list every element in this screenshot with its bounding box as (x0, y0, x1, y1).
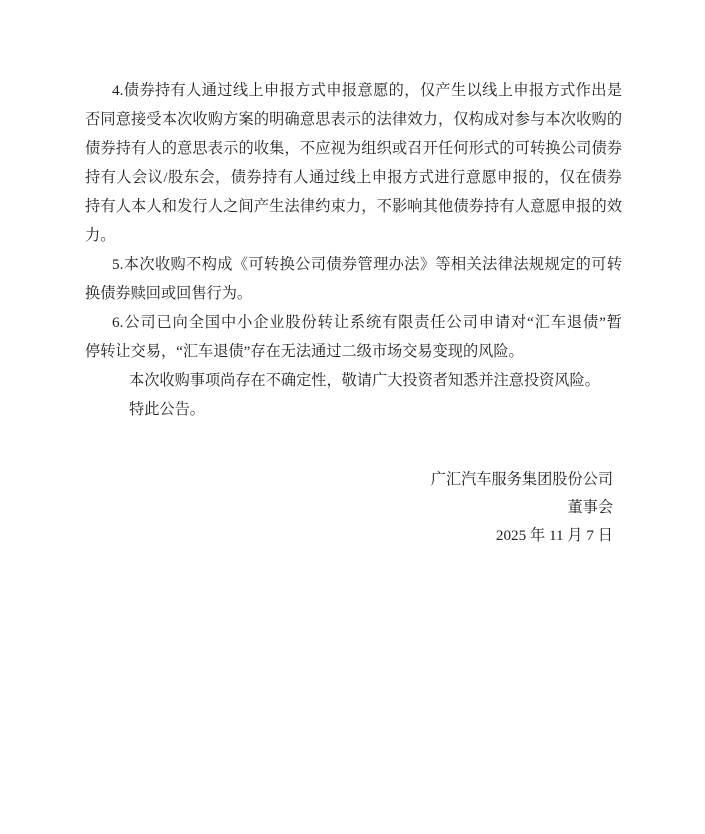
paragraph-line: 否同意接受本次收购方案的明确意思表示的法律效力，仅构成对参与本次收购的 (85, 105, 622, 134)
paragraph-line: 债券持有人的意思表示的收集，不应视为组织或召开任何形式的可转换公司债券 (85, 134, 622, 163)
paragraph-line: 持有人会议/股东会，债券持有人通过线上申报方式进行意愿申报的，仅在债券 (85, 163, 622, 192)
signature-block: 广汇汽车服务集团股份公司 董事会 2025 年 11 月 7 日 (85, 466, 613, 550)
paragraph-line: 4.债券持有人通过线上申报方式申报意愿的，仅产生以线上申报方式作出是 (85, 76, 622, 105)
signature-company: 广汇汽车服务集团股份公司 (85, 466, 613, 494)
paragraph-line: 特此公告。 (85, 395, 622, 424)
paragraph-line: 换债券赎回或回售行为。 (85, 279, 622, 308)
paragraph-line: 5.本次收购不构成《可转换公司债券管理办法》等相关法律法规规定的可转 (85, 250, 622, 279)
paragraph-line: 本次收购事项尚存在不确定性，敬请广大投资者知悉并注意投资风险。 (85, 366, 622, 395)
paragraph-line: 力。 (85, 221, 622, 250)
announcement-body: 4.债券持有人通过线上申报方式申报意愿的，仅产生以线上申报方式作出是 否同意接受… (85, 76, 622, 424)
paragraph-line: 停转让交易，“汇车退债”存在无法通过二级市场交易变现的风险。 (85, 337, 622, 366)
document-page: 4.债券持有人通过线上申报方式申报意愿的，仅产生以线上申报方式作出是 否同意接受… (0, 0, 705, 834)
signature-signer: 董事会 (85, 494, 613, 522)
paragraph-line: 6.公司已向全国中小企业股份转让系统有限责任公司申请对“汇车退债”暂 (85, 308, 622, 337)
paragraph-line: 持有人本人和发行人之间产生法律约束力，不影响其他债券持有人意愿申报的效 (85, 192, 622, 221)
signature-date: 2025 年 11 月 7 日 (85, 522, 613, 550)
